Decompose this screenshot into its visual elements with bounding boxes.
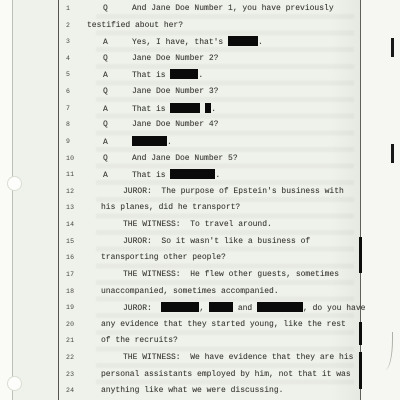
transcript-line: 20any evidence that they started young, … [0,319,400,332]
transcript-text: JUROR: [123,304,161,313]
line-number: 11 [66,169,74,181]
line-content: JUROR: So it wasn't like a business of [123,236,310,248]
line-content: his planes, did he transport? [101,202,240,214]
line-content: AThat is . [103,69,203,82]
transcript-text: and [233,304,257,313]
line-content: THE WITNESS: To travel around. [123,219,272,231]
line-number: 7 [66,103,70,115]
qa-marker: A [103,70,132,82]
line-content: QAnd Jane Doe Number 5? [103,153,238,165]
line-number: 16 [66,252,74,264]
transcript-line: 1QAnd Jane Doe Number 1, you have previo… [0,3,400,16]
transcript-text: any evidence that they started young, li… [101,320,346,329]
line-content: transporting other people? [101,252,226,264]
redaction-bar [228,36,258,46]
line-content: personal assistants employed by him, not… [101,369,351,381]
line-content: QJane Doe Number 3? [103,86,218,98]
transcript-line: 6QJane Doe Number 3? [0,86,400,99]
line-number: 17 [66,269,74,281]
transcript-line: 5AThat is . [0,69,400,82]
line-content: A. [103,136,172,149]
line-number: 23 [66,369,74,381]
transcript-text: anything like what we were discussing. [101,386,283,395]
line-content: THE WITNESS: He flew other guests, somet… [123,269,339,281]
transcript-text: That is [132,71,170,80]
line-number: 8 [66,119,70,131]
transcript-text: Jane Doe Number 2? [132,54,218,63]
transcript-text: . [258,38,263,47]
qa-marker: Q [103,119,132,131]
transcript-line: 10QAnd Jane Doe Number 5? [0,153,400,166]
transcript-line: 11AThat is . [0,169,400,182]
qa-marker: Q [103,53,132,65]
line-content: JUROR: The purpose of Epstein's business… [123,186,344,198]
line-content: AThat is . [103,169,220,182]
line-number: 13 [66,202,74,214]
transcript-line: 4QJane Doe Number 2? [0,53,400,66]
transcript-text: Jane Doe Number 4? [132,120,218,129]
transcript-line: 23personal assistants employed by him, n… [0,369,400,382]
line-content: anything like what we were discussing. [101,385,283,397]
line-content: any evidence that they started young, li… [101,319,346,331]
transcript-line: 14THE WITNESS: To travel around. [0,219,400,232]
transcript-line: 3AYes, I have, that's . [0,36,400,49]
line-number: 12 [66,186,74,198]
transcript-text: THE WITNESS: We have evidence that they … [123,353,353,362]
line-number: 22 [66,352,74,364]
qa-marker: A [103,37,132,49]
transcript-text: personal assistants employed by him, not… [101,370,351,379]
redaction-bar [132,136,167,146]
line-content: QAnd Jane Doe Number 1, you have previou… [103,3,334,15]
transcript-text: That is [132,105,170,114]
transcript-line: 24anything like what we were discussing. [0,385,400,398]
line-number: 15 [66,236,74,248]
line-number: 18 [66,286,74,298]
transcript-text: JUROR: The purpose of Epstein's business… [123,187,344,196]
transcript-text: testified about her? [87,21,183,30]
transcript-line: 16transporting other people? [0,252,400,265]
qa-marker: Q [103,153,132,165]
redaction-bar [170,69,198,79]
line-number: 5 [66,69,70,81]
line-content: of the recruits? [101,335,178,347]
transcript-text: THE WITNESS: He flew other guests, somet… [123,270,339,279]
transcript-text: . [211,105,216,114]
line-number: 1 [66,3,70,15]
redaction-bar [257,302,303,312]
transcript-line: 13his planes, did he transport? [0,202,400,215]
transcript-text: of the recruits? [101,336,178,345]
line-number: 4 [66,53,70,65]
line-number: 21 [66,335,74,347]
line-number: 24 [66,385,74,397]
line-content: unaccompanied, sometimes accompanied. [101,286,279,298]
transcript-text: And Jane Doe Number 5? [132,154,238,163]
line-content: AThat is . [103,103,216,116]
transcript-text: THE WITNESS: To travel around. [123,220,272,229]
transcript-line: 12JUROR: The purpose of Epstein's busine… [0,186,400,199]
transcript-text: And Jane Doe Number 1, you have previous… [132,4,334,13]
qa-marker: A [103,104,132,116]
line-number: 6 [66,86,70,98]
transcript-text: his planes, did he transport? [101,203,240,212]
line-content: THE WITNESS: We have evidence that they … [123,352,353,364]
line-number: 19 [66,302,74,314]
transcript-text: Yes, I have, that's [132,38,228,47]
line-number: 14 [66,219,74,231]
transcript-text: . [167,138,172,147]
line-number: 20 [66,319,74,331]
qa-marker: Q [103,3,132,15]
line-number: 2 [66,20,70,32]
line-content: QJane Doe Number 2? [103,53,218,65]
redaction-bar [170,103,200,113]
redaction-bar [161,302,199,312]
transcript-line: 7AThat is . [0,103,400,116]
transcript-line: 17THE WITNESS: He flew other guests, som… [0,269,400,282]
transcript-text: transporting other people? [101,253,226,262]
transcript-text: , [199,304,209,313]
transcript-line: 19JUROR: , and , do you have [0,302,400,315]
transcript-text: . [215,171,220,180]
line-number: 9 [66,136,70,148]
line-number: 10 [66,153,74,165]
transcript-line: 8QJane Doe Number 4? [0,119,400,132]
transcript-line: 18unaccompanied, sometimes accompanied. [0,286,400,299]
transcript-text: unaccompanied, sometimes accompanied. [101,287,279,296]
transcript-line: 21of the recruits? [0,335,400,348]
scanned-transcript-page: 1QAnd Jane Doe Number 1, you have previo… [0,0,400,400]
redaction-bar [170,169,215,179]
line-content: AYes, I have, that's . [103,36,263,49]
qa-marker: Q [103,86,132,98]
qa-marker: A [103,137,132,149]
transcript-text: . [198,71,203,80]
transcript-text: Jane Doe Number 3? [132,87,218,96]
transcript-text: , do you have [303,304,365,313]
transcript-line: 15JUROR: So it wasn't like a business of [0,236,400,249]
transcript-line: 9A. [0,136,400,149]
transcript-line: 22THE WITNESS: We have evidence that the… [0,352,400,365]
line-number: 3 [66,36,70,48]
transcript-text: That is [132,171,170,180]
transcript-line: 2testified about her? [0,20,400,33]
qa-marker: A [103,170,132,182]
line-content: testified about her? [87,20,183,32]
line-content: JUROR: , and , do you have [123,302,365,315]
line-content: QJane Doe Number 4? [103,119,218,131]
redaction-bar [209,302,233,312]
transcript-text: JUROR: So it wasn't like a business of [123,237,310,246]
transcript-lines: 1QAnd Jane Doe Number 1, you have previo… [0,0,400,400]
